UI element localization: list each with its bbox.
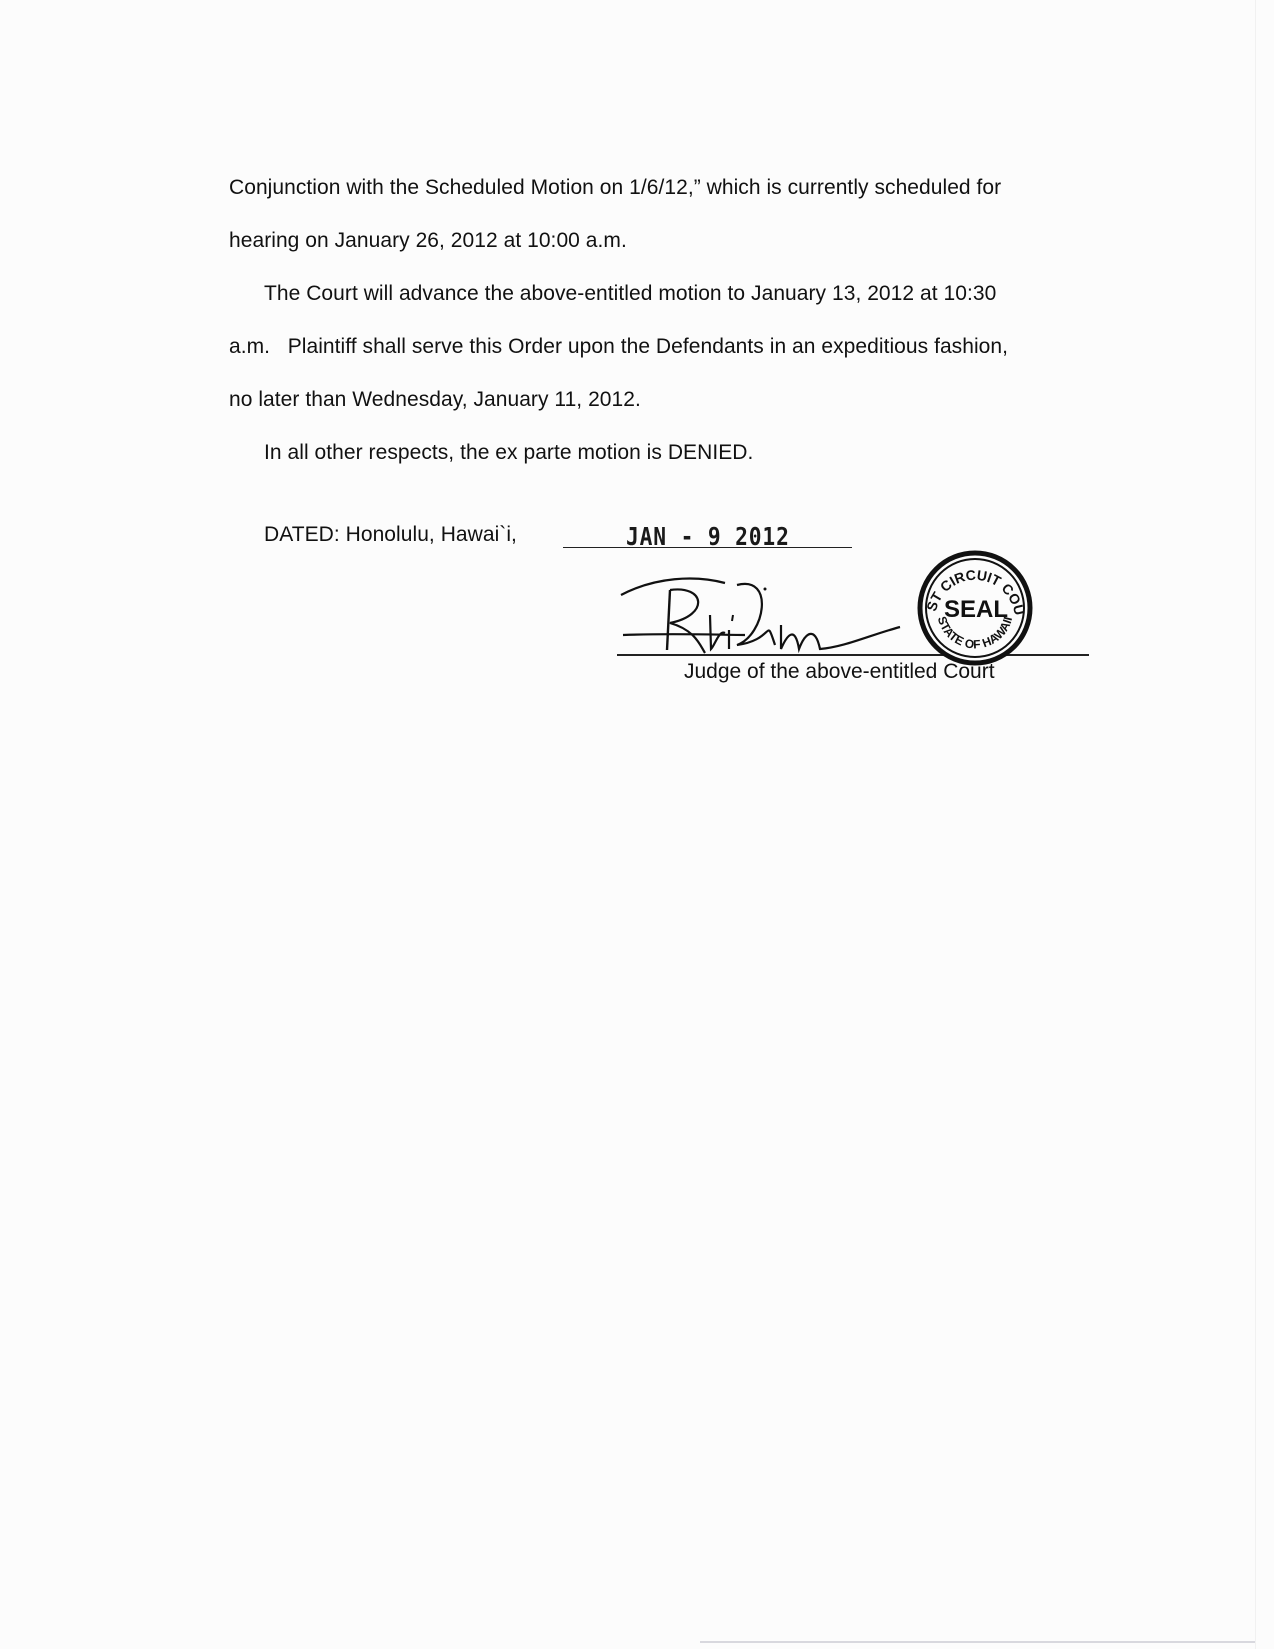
body-line: no later than Wednesday, January 11, 201… bbox=[229, 387, 641, 413]
body-line: hearing on January 26, 2012 at 10:00 a.m… bbox=[229, 228, 627, 254]
judge-signature bbox=[615, 575, 915, 665]
dated-label: DATED: Honolulu, Hawai`i, bbox=[264, 522, 517, 548]
page-edge bbox=[1255, 0, 1256, 1649]
body-line: Conjunction with the Scheduled Motion on… bbox=[229, 175, 1001, 201]
body-line: a.m. Plaintiff shall serve this Order up… bbox=[229, 334, 1008, 360]
scan-edge bbox=[700, 1641, 1255, 1643]
date-stamp: JAN - 9 2012 bbox=[626, 522, 790, 551]
court-seal-icon: FIRST CIRCUIT COURT STATE OF HAWAII SEAL bbox=[916, 549, 1034, 667]
svg-text:SEAL: SEAL bbox=[944, 596, 1008, 623]
body-line: In all other respects, the ex parte moti… bbox=[264, 440, 753, 466]
body-line: The Court will advance the above-entitle… bbox=[264, 281, 996, 307]
